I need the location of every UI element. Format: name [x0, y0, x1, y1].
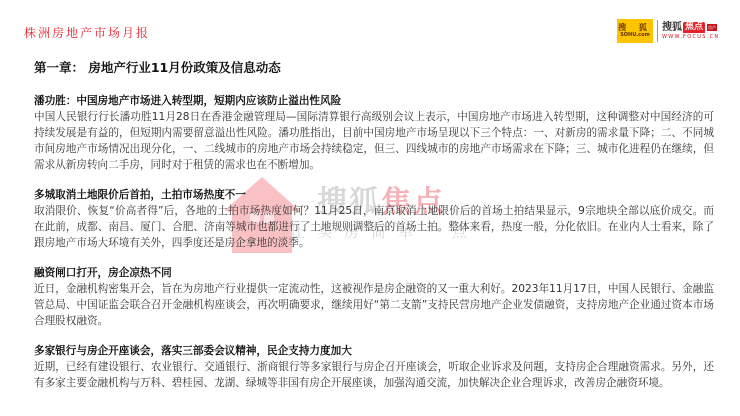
section-title: 多家银行与房企开座谈会，落实三部委会议精神，民企支持力度加大 — [34, 344, 714, 359]
section-body: 中国人民银行行长潘功胜11月28日在香港金融管理局—国际清算银行高级别会议上表示… — [34, 109, 714, 173]
focus-logo-url: WWW.FOCUS.CN — [662, 34, 719, 41]
focus-logo-tag: 房产 — [707, 24, 717, 31]
sohu-logo-domain: SOHU.com — [620, 32, 650, 39]
focus-logo-brand: 焦点 — [683, 22, 705, 33]
section-title: 多城取消土地限价后首拍，土拍市场热度不一 — [34, 188, 714, 203]
chapter-title: 第一章： 房地产行业11月份政策及信息动态 — [34, 58, 281, 76]
news-section: 潘功胜：中国房地产市场进入转型期，短期内应该防止溢出性风险 中国人民银行行长潘功… — [34, 94, 714, 173]
section-body: 取消限价、恢复“价高者得”后，各地的土拍市场热度如何？11月25日，南京取消土地… — [34, 203, 714, 251]
logo-divider — [657, 20, 658, 42]
section-body: 近期，已经有建设银行、农业银行、交通银行、浙商银行等多家银行与房企召开座谈会，听… — [34, 359, 714, 391]
sohu-focus-logo: 搜 狐 SOHU.com 搜狐 焦点 房产 WWW.FOCUS.CN — [617, 17, 740, 45]
focus-logo: 搜狐 焦点 房产 WWW.FOCUS.CN — [662, 22, 719, 41]
news-section: 多城取消土地限价后首拍，土拍市场热度不一 取消限价、恢复“价高者得”后，各地的土… — [34, 188, 714, 251]
focus-logo-name: 搜狐 — [662, 22, 682, 34]
news-section: 多家银行与房企开座谈会，落实三部委会议精神，民企支持力度加大 近期，已经有建设银… — [34, 344, 714, 391]
section-title: 潘功胜：中国房地产市场进入转型期，短期内应该防止溢出性风险 — [34, 94, 714, 109]
sohu-logo-text: 搜 狐 — [618, 23, 652, 32]
section-body: 近日，金融机构密集开会，旨在为房地产行业提供一定流动性，这被视作是房企融资的又一… — [34, 281, 714, 329]
news-section: 融资闸口打开，房企凉热不同 近日，金融机构密集开会，旨在为房地产行业提供一定流动… — [34, 266, 714, 329]
news-content: 潘功胜：中国房地产市场进入转型期，短期内应该防止溢出性风险 中国人民银行行长潘功… — [34, 94, 714, 406]
report-title: 株洲房地产市场月报 — [24, 24, 150, 41]
sohu-logo: 搜 狐 SOHU.com — [617, 19, 653, 43]
section-title: 融资闸口打开，房企凉热不同 — [34, 266, 714, 281]
